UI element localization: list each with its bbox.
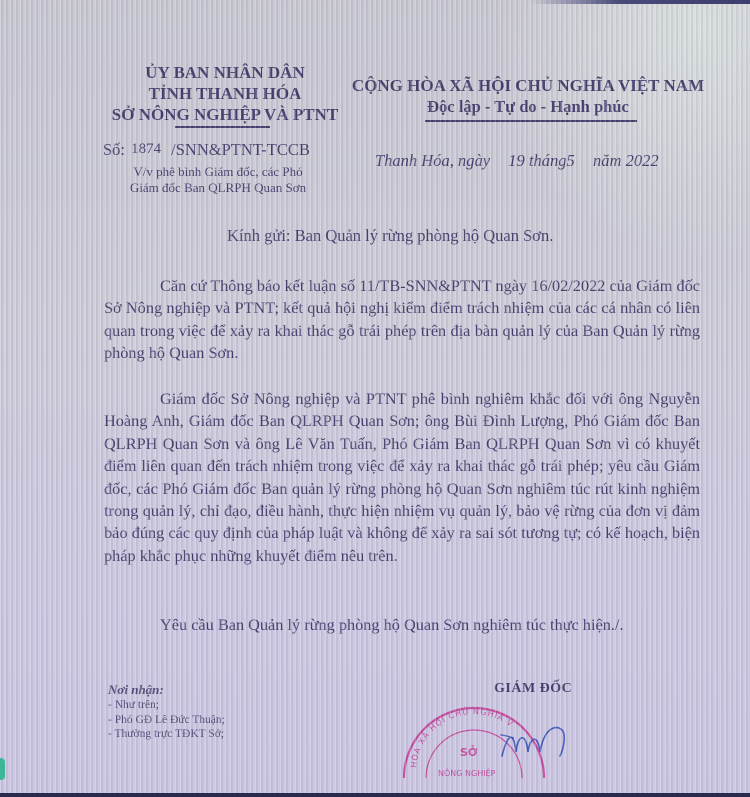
document-number-value: 1874 (131, 141, 161, 157)
issuer-line-3: SỞ NÔNG NGHIỆP VÀ PTNT (95, 104, 355, 125)
screen-edge-light (0, 758, 5, 780)
monitor-bezel-top (530, 0, 750, 4)
signature-icon (500, 722, 580, 762)
paragraph-text: Giám đốc Sở Nông nghiệp và PTNT phê bình… (104, 388, 700, 567)
document-code: /SNN&PTNT-TCCB (171, 140, 310, 159)
year-label: năm (593, 151, 621, 170)
subject-line-2: Giám đốc Ban QLRPH Quan Sơn (100, 180, 336, 196)
year-value: 2022 (626, 151, 659, 170)
nation-name: CỘNG HÒA XÃ HỘI CHỦ NGHĨA VIỆT NAM (348, 76, 708, 96)
paragraph-text: Yêu cầu Ban Quản lý rừng phòng hộ Quan S… (104, 614, 700, 636)
svg-text:NÔNG NGHIỆP: NÔNG NGHIỆP (438, 767, 496, 779)
issuer-line-2: TỈNH THANH HÓA (95, 83, 355, 104)
body-paragraph-2: Giám đốc Sở Nông nghiệp và PTNT phê bình… (104, 388, 700, 567)
body-paragraph-1: Căn cứ Thông báo kết luận số 11/TB-SNN&P… (104, 275, 700, 365)
recipients-block: Nơi nhận: - Như trên; - Phó GĐ Lê Đức Th… (108, 682, 225, 742)
document-number: Số: 1874/SNN&PTNT-TCCB (103, 140, 310, 160)
body-paragraph-3: Yêu cầu Ban Quản lý rừng phòng hộ Quan S… (104, 614, 700, 636)
document-page: ỦY BAN NHÂN DÂN TỈNH THANH HÓA SỞ NÔNG N… (0, 0, 750, 797)
issuer-header: ỦY BAN NHÂN DÂN TỈNH THANH HÓA SỞ NÔNG N… (95, 62, 355, 128)
addressee: Kính gửi: Ban Quản lý rừng phòng hộ Quan… (227, 226, 553, 246)
month-value: 5 (567, 151, 575, 170)
recipient-item: - Phó GĐ Lê Đức Thuận; (108, 713, 225, 728)
document-subject: V/v phê bình Giám đốc, các Phó Giám đốc … (100, 164, 336, 196)
paragraph-text: Căn cứ Thông báo kết luận số 11/TB-SNN&P… (104, 275, 700, 365)
place-date: Thanh Hóa, ngày 19 tháng5 năm 2022 (375, 151, 659, 171)
place-label: Thanh Hóa, ngày (375, 151, 490, 170)
recipients-title: Nơi nhận: (108, 682, 225, 698)
monitor-bezel-bottom (0, 793, 750, 797)
day-value: 19 (508, 151, 525, 170)
motto-underline (425, 120, 637, 122)
svg-text:SỞ: SỞ (460, 745, 478, 759)
recipient-item: - Như trên; (108, 698, 225, 713)
issuer-underline (175, 126, 270, 128)
month-label: tháng (529, 151, 567, 170)
document-number-prefix: Số: (103, 140, 125, 159)
subject-line-1: V/v phê bình Giám đốc, các Phó (100, 164, 336, 180)
recipient-item: - Thường trực TĐKT Sở; (108, 727, 225, 742)
issuer-line-1: ỦY BAN NHÂN DÂN (95, 62, 355, 83)
nation-header: CỘNG HÒA XÃ HỘI CHỦ NGHĨA VIỆT NAM Độc l… (348, 76, 708, 122)
national-motto: Độc lập - Tự do - Hạnh phúc (348, 96, 708, 117)
